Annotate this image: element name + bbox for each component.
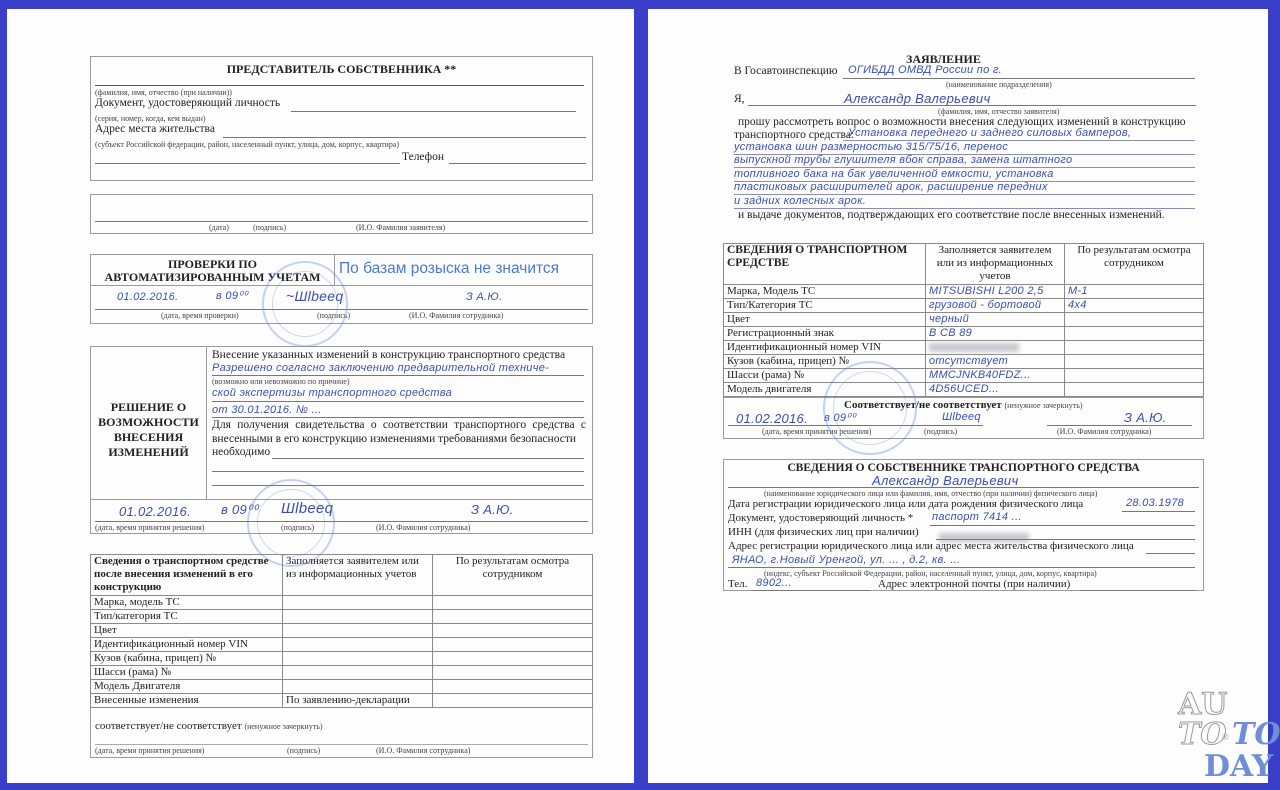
- requested-change-line[interactable]: и задних колесных арок.: [734, 195, 866, 207]
- inspection-value-cell[interactable]: [1065, 369, 1204, 383]
- inspection-value-cell[interactable]: [1065, 327, 1204, 341]
- name-hint: (И.О. Фамилия сотрудника): [376, 523, 470, 532]
- row-label: Идентификационный номер VIN: [724, 341, 926, 355]
- decision-line1: Внесение указанных изменений в конструкц…: [212, 349, 565, 361]
- table-row: Идентификационный номер VIN: [724, 341, 1204, 355]
- signature-mark: Шlbeeq: [942, 411, 981, 423]
- applicant-value-cell[interactable]: [283, 596, 433, 610]
- officer-name-value: З А.Ю.: [471, 502, 514, 517]
- name-hint: (И.О. Фамилия сотрудника): [1057, 427, 1151, 436]
- row-label: Модель Двигателя: [91, 680, 283, 694]
- address-label: Адрес регистрации юридического лица или …: [728, 540, 1134, 552]
- representative-section: ПРЕДСТАВИТЕЛЬ СОБСТВЕННИКА ** (фамилия, …: [90, 56, 593, 181]
- table-row: Тип/категория ТС: [91, 610, 593, 624]
- row-label: Тип/Категория ТС: [724, 299, 926, 313]
- table-header: Сведения о транспортном средстве после в…: [91, 555, 593, 596]
- phone-label: Тел.: [728, 578, 747, 590]
- conformity-label: соответствует/не соответствует (ненужное…: [95, 720, 323, 732]
- decision-section: РЕШЕНИЕ О ВОЗМОЖНОСТИ ВНЕСЕНИЯ ИЗМЕНЕНИЙ…: [90, 346, 593, 534]
- applicant-name-value[interactable]: Александр Валерьевич: [844, 91, 991, 106]
- applicant-value-cell[interactable]: черный: [926, 313, 1065, 327]
- decision-hand1: Разрешено согласно заключению предварите…: [212, 362, 549, 374]
- applicant-signature-section: (дата) (подпись) (И.О. Фамилия заявителя…: [90, 194, 593, 234]
- applicant-value-cell[interactable]: MMCJNKB40FDZ...: [926, 369, 1065, 383]
- dob-value[interactable]: 28.03.1978: [1126, 497, 1184, 509]
- to-label: В Госавтоинспекцию: [734, 65, 838, 77]
- address-hint: (субъект Российской федерации, район, на…: [95, 140, 399, 149]
- table-row: Шасси (рама) №MMCJNKB40FDZ...: [724, 369, 1204, 383]
- decision-para-end: необходимо: [212, 446, 270, 458]
- table-row: Модель двигателя4D56UCED...: [724, 383, 1204, 397]
- to-hint: (наименование подразделения): [946, 80, 1052, 89]
- inspection-value-cell[interactable]: [433, 610, 593, 624]
- check-time-value: в 09⁰⁰: [216, 289, 248, 302]
- inspection-value-cell[interactable]: [433, 652, 593, 666]
- table-row: Марка, Модель ТСMITSUBISHI L200 2,5М-1: [724, 285, 1204, 299]
- table-row: Кузов (кабина, прицеп) №отсутствует: [724, 355, 1204, 369]
- address-field[interactable]: [223, 137, 586, 138]
- address-field-2[interactable]: [95, 163, 400, 164]
- id-doc-label: Документ, удостоверяющий личность: [95, 97, 280, 109]
- official-stamp: [262, 261, 348, 347]
- table-row: Цвет: [91, 624, 593, 638]
- phone-label: Телефон: [402, 151, 444, 163]
- email-label: Адрес электронной почты (при наличии): [878, 578, 1070, 590]
- vehicle-decision-row: Соответствует/не соответствует (ненужное…: [723, 397, 1204, 439]
- row-label: Регистрационный знак: [724, 327, 926, 341]
- sign-hint: (подпись): [253, 223, 286, 232]
- inspection-value-cell[interactable]: [1065, 313, 1204, 327]
- applicant-value-cell[interactable]: По заявлению-декларации: [283, 694, 433, 708]
- requirements-field[interactable]: [272, 458, 584, 459]
- closing-line: и выдаче документов, подтверждающих его …: [738, 209, 1165, 221]
- table-row: Шасси (рама) №: [91, 666, 593, 680]
- officer-name-value: З А.Ю.: [466, 291, 502, 303]
- requested-change-line[interactable]: выпускной трубы глушителя вбок справа, з…: [734, 154, 1072, 166]
- sign-hint: (подпись): [924, 427, 957, 436]
- applicant-value-cell[interactable]: [283, 638, 433, 652]
- id-value[interactable]: паспорт 7414 ...: [932, 511, 1022, 523]
- date-hint: (дата, время принятия решения): [95, 746, 204, 755]
- applicant-value-cell[interactable]: [283, 610, 433, 624]
- table-header: СВЕДЕНИЯ О ТРАНСПОРТНОМ СРЕДСТВЕ Заполня…: [724, 244, 1204, 285]
- inspection-value-cell[interactable]: 4x4: [1065, 299, 1204, 313]
- table-row: Модель Двигателя: [91, 680, 593, 694]
- applicant-value-cell[interactable]: грузовой - бортовой: [926, 299, 1065, 313]
- address-value[interactable]: ЯНАО, г.Новый Уренгой, ул. ... , д.2, кв…: [732, 554, 960, 566]
- id-doc-field[interactable]: [291, 111, 576, 112]
- decision-hand2: ской экспертизы транспортного средства: [212, 387, 452, 399]
- inspection-value-cell[interactable]: [1065, 341, 1204, 355]
- after-changes-table: Сведения о транспортном средстве после в…: [90, 554, 593, 708]
- applicant-value-cell[interactable]: В СВ 89: [926, 327, 1065, 341]
- decision-title: РЕШЕНИЕ О ВОЗМОЖНОСТИ ВНЕСЕНИЯ ИЗМЕНЕНИЙ: [91, 400, 206, 460]
- inspection-value-cell[interactable]: [433, 680, 593, 694]
- id-doc-hint: (серия, номер, когда, кем выдан): [95, 114, 206, 123]
- address-hint: (индекс, субъект Российской Федерации, р…: [764, 569, 1097, 578]
- vehicle-info-table: СВЕДЕНИЯ О ТРАНСПОРТНОМ СРЕДСТВЕ Заполня…: [723, 243, 1204, 397]
- requested-change-line[interactable]: пластиковых расширителей арок, расширени…: [734, 181, 1048, 193]
- name-hint: (И.О. Фамилия заявителя): [356, 223, 445, 232]
- row-label: Тип/категория ТС: [91, 610, 283, 624]
- search-result-stamp: По базам розыска не значится: [339, 260, 559, 278]
- decision-hand3: от 30.01.2016. № ...: [212, 404, 322, 416]
- sign-hint: (подпись): [287, 746, 320, 755]
- table-row: Цветчерный: [724, 313, 1204, 327]
- officer-name-value: З А.Ю.: [1124, 410, 1167, 425]
- name-hint: (И.О. Фамилия сотрудника): [376, 746, 470, 755]
- owner-name-value[interactable]: Александр Валерьевич: [872, 473, 1019, 488]
- phone-field[interactable]: [449, 163, 586, 164]
- applicant-value-cell[interactable]: отсутствует: [926, 355, 1065, 369]
- inspection-value-cell[interactable]: [433, 638, 593, 652]
- inn-label: ИНН (для физических лиц при наличии): [728, 526, 919, 538]
- table-row: Регистрационный знакВ СВ 89: [724, 327, 1204, 341]
- form-page-right: ЗАЯВЛЕНИЕ В Госавтоинспекцию ОГИБДД ОМВД…: [648, 9, 1268, 783]
- name-hint: (И.О. Фамилия сотрудника): [409, 311, 503, 320]
- form-page-left: ПРЕДСТАВИТЕЛЬ СОБСТВЕННИКА ** (фамилия, …: [7, 9, 634, 783]
- id-label: Документ, удостоверяющий личность *: [728, 512, 913, 524]
- applicant-value-cell[interactable]: [283, 652, 433, 666]
- dob-label: Дата регистрации юридического лица или д…: [728, 498, 1083, 510]
- applicant-value-cell[interactable]: [283, 624, 433, 638]
- applicant-value-cell[interactable]: 4D56UCED...: [926, 383, 1065, 397]
- applicant-value-cell[interactable]: [283, 680, 433, 694]
- applicant-value-cell[interactable]: [283, 666, 433, 680]
- row-label: Цвет: [91, 624, 283, 638]
- inspection-value-cell[interactable]: [433, 624, 593, 638]
- requested-change-line[interactable]: топливного бака на бак увеличенной емкос…: [734, 168, 1054, 180]
- row-label: Цвет: [724, 313, 926, 327]
- inspection-value-cell[interactable]: [433, 666, 593, 680]
- section-title: ПРЕДСТАВИТЕЛЬ СОБСТВЕННИКА **: [91, 62, 592, 77]
- applicant-value-cell[interactable]: [926, 341, 1065, 355]
- decision-date-value: 01.02.2016.: [736, 411, 808, 426]
- inspection-value-cell[interactable]: М-1: [1065, 285, 1204, 299]
- after-changes-section: Сведения о транспортном средстве после в…: [90, 554, 593, 758]
- row-label: Идентификационный номер VIN: [91, 638, 283, 652]
- official-stamp: [823, 361, 917, 455]
- request-label: транспортного средства:: [734, 129, 854, 141]
- date-hint: (дата): [209, 223, 229, 232]
- owner-section: СВЕДЕНИЯ О СОБСТВЕННИКЕ ТРАНСПОРТНОГО СР…: [723, 459, 1204, 591]
- decision-date-value: 01.02.2016.: [119, 504, 191, 519]
- inspection-value-cell[interactable]: [1065, 355, 1204, 369]
- decision-paragraph: Для получения свидетельства о соответств…: [212, 418, 586, 446]
- table-row: Идентификационный номер VIN: [91, 638, 593, 652]
- autotoday-watermark-logo: AU TO ® TO DAY: [1176, 690, 1280, 790]
- inspection-value-cell[interactable]: [433, 694, 593, 708]
- row-label: Кузов (кабина, прицеп) №: [724, 355, 926, 369]
- requested-change-line[interactable]: Установка переднего и заднего силовых ба…: [848, 127, 1131, 139]
- table-row: Внесенные измененияПо заявлению-декларац…: [91, 694, 593, 708]
- row-label: Внесенные изменения: [91, 694, 283, 708]
- registered-mark-icon: ®: [1222, 732, 1229, 742]
- row-label: Кузов (кабина, прицеп) №: [91, 652, 283, 666]
- applicant-value-cell[interactable]: MITSUBISHI L200 2,5: [926, 285, 1065, 299]
- inspection-value-cell[interactable]: [433, 596, 593, 610]
- address-label: Адрес места жительства: [95, 123, 215, 135]
- table-row: Тип/Категория ТСгрузовой - бортовой4x4: [724, 299, 1204, 313]
- table-row: Кузов (кабина, прицеп) №: [91, 652, 593, 666]
- i-label: Я,: [734, 93, 745, 105]
- requested-change-line[interactable]: установка шин размерностью 315/75/16, пе…: [734, 141, 1008, 153]
- to-value[interactable]: ОГИБДД ОМВД России по г.: [848, 64, 1002, 76]
- date-hint: (дата, время принятия решения): [95, 523, 204, 532]
- inspection-value-cell[interactable]: [1065, 383, 1204, 397]
- row-label: Шасси (рама) №: [91, 666, 283, 680]
- check-date-value: 01.02.2016.: [117, 291, 178, 303]
- owner-name-hint: (наименование юридического лица или фами…: [764, 489, 1097, 498]
- date-hint: (дата, время проверки): [161, 311, 239, 320]
- i-hint: (фамилия, имя, отчество заявителя): [938, 107, 1059, 116]
- phone-value[interactable]: 8902...: [756, 577, 792, 589]
- table-row: Марка, модель ТС: [91, 596, 593, 610]
- name-hint: (фамилия, имя, отчество (при наличии)): [95, 88, 232, 97]
- vin-redacted: [929, 343, 1019, 352]
- decision-hint: (возможно или невозможно по причине): [212, 377, 350, 386]
- row-label: Марка, Модель ТС: [724, 285, 926, 299]
- row-label: Марка, модель ТС: [91, 596, 283, 610]
